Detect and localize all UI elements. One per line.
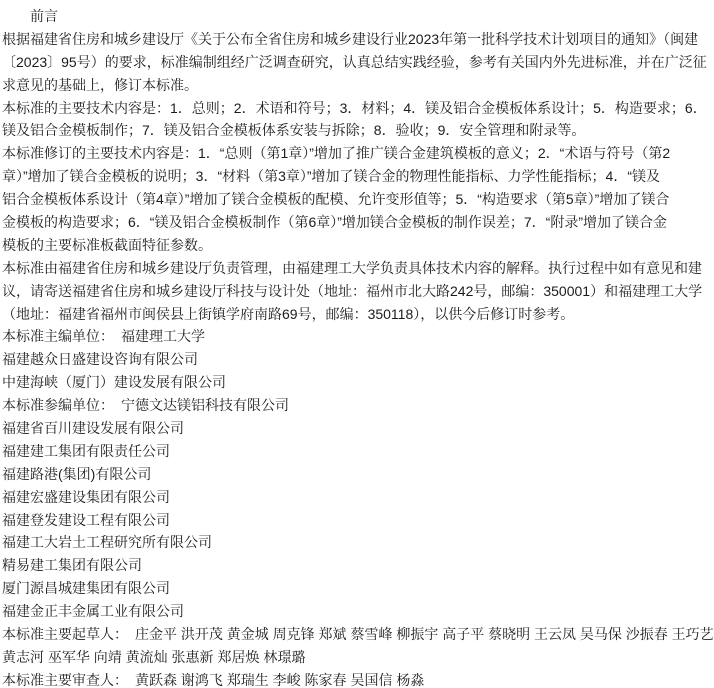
chief-editor-unit-line: 福建越众日盛建设咨询有限公司 bbox=[2, 348, 714, 371]
preface-title: 前言 bbox=[2, 5, 714, 28]
chief-editor-unit-line: 中建海峡（厦门）建设发展有限公司 bbox=[2, 371, 714, 394]
reviewers-line: 本标准主要审查人： 黄跃森 谢鸿飞 郑瑞生 李峻 陈家春 吴国信 杨淼 bbox=[2, 669, 714, 688]
participating-unit-line: 福建工大岩土工程研究所有限公司 bbox=[2, 531, 714, 554]
participating-unit-line: 厦门源昌城建集团有限公司 bbox=[2, 577, 714, 600]
doc-line: （地址：福建省福州市闽侯县上街镇学府南路69号，邮编：350118），以供今后修… bbox=[2, 303, 714, 326]
participating-unit-line: 福建路港(集团)有限公司 bbox=[2, 463, 714, 486]
doc-line: 本标准由福建省住房和城乡建设厅负责管理，由福建理工大学负责具体技术内容的解释。执… bbox=[2, 257, 714, 280]
doc-line: 议，请寄送福建省住房和城乡建设厅科技与设计处（地址：福州市北大路242号，邮编：… bbox=[2, 280, 714, 303]
chief-editor-unit-line: 本标准主编单位： 福建理工大学 bbox=[2, 325, 714, 348]
doc-line: 模板的主要标准板截面特征参数。 bbox=[2, 234, 714, 257]
participating-unit-line: 福建省百川建设发展有限公司 bbox=[2, 417, 714, 440]
doc-line: 根据福建省住房和城乡建设厅《关于公布全省住房和城乡建设行业2023年第一批科学技… bbox=[2, 28, 714, 51]
doc-line: 本标准的主要技术内容是：1．总则；2．术语和符号；3．材料；4．镁及铝合金模板体… bbox=[2, 97, 714, 120]
doc-line: 求意见的基础上，修订本标准。 bbox=[2, 74, 714, 97]
drafters-line: 黄志河 巫军华 向靖 黄流灿 张惠新 郑居焕 林璟璐 bbox=[2, 646, 714, 669]
participating-unit-line: 本标准参编单位： 宁德文达镁铝科技有限公司 bbox=[2, 394, 714, 417]
doc-line: 铝合金模板体系设计（第4章）”增加了镁合金模板的配模、允许变形值等；5．“构造要… bbox=[2, 188, 714, 211]
participating-unit-line: 福建金正丰金属工业有限公司 bbox=[2, 600, 714, 623]
participating-unit-line: 福建建工集团有限责任公司 bbox=[2, 440, 714, 463]
doc-line: 金模板的构造要求；6．“镁及铝合金模板制作（第6章）”增加镁合金模板的制作误差；… bbox=[2, 211, 714, 234]
drafters-line: 本标准主要起草人： 庄金平 洪开茂 黄金城 周克锋 郑斌 蔡雪峰 柳振宇 高子平… bbox=[2, 623, 714, 646]
doc-line: 本标准修订的主要技术内容是：1．“总则（第1章）”增加了推广镁合金建筑模板的意义… bbox=[2, 142, 714, 165]
participating-unit-line: 福建宏盛建设集团有限公司 bbox=[2, 486, 714, 509]
doc-line: 〔2023〕95号）的要求，标准编制组经广泛调查研究，认真总结实践经验，参考有关… bbox=[2, 51, 714, 74]
participating-unit-line: 精易建工集团有限公司 bbox=[2, 554, 714, 577]
doc-line: 章）”增加了镁合金模板的说明；3．“材料（第3章）”增加了镁合金的物理性能指标、… bbox=[2, 165, 714, 188]
doc-line: 镁及铝合金模板制作；7．镁及铝合金模板体系安装与拆除；8．验收；9．安全管理和附… bbox=[2, 119, 714, 142]
participating-unit-line: 福建登发建设工程有限公司 bbox=[2, 509, 714, 532]
document-page: 前言 根据福建省住房和城乡建设厅《关于公布全省住房和城乡建设行业2023年第一批… bbox=[0, 0, 714, 688]
